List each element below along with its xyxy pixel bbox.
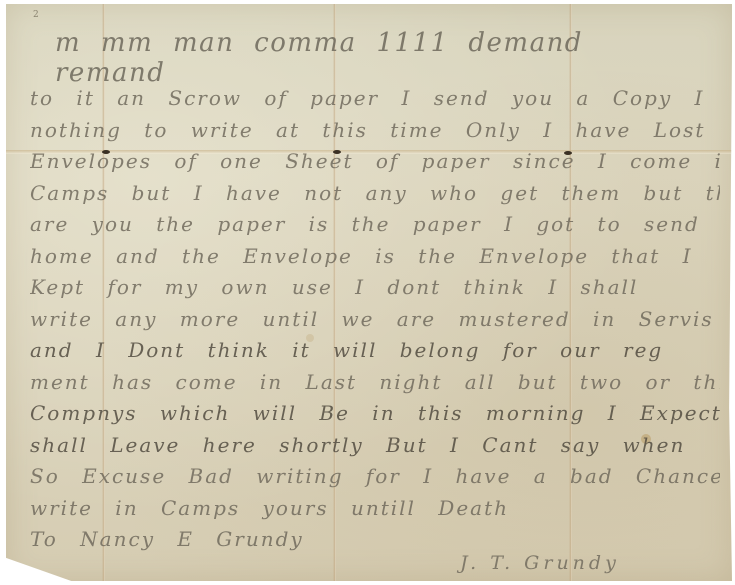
letter-line: nothing to write at this time Only I hav… <box>30 118 720 150</box>
letter-line: ment has come in Last night all but two … <box>30 370 720 402</box>
letterhead-penmanship-line: m mm man comma 1111 demand remand <box>55 28 695 88</box>
page-number-mark: 2 <box>33 10 39 20</box>
letter-line: Kept for my own use I dont think I shall <box>30 275 720 307</box>
letter-line: Envelopes of one Sheet of paper since I … <box>30 149 720 181</box>
letter-line: home and the Envelope is the Envelope th… <box>30 244 720 276</box>
letter-line: write in Camps yours untill Death <box>30 496 720 528</box>
letter-line: So Excuse Bad writing for I have a bad C… <box>30 464 720 496</box>
letter-line: Compnys which will Be in this morning I … <box>30 401 720 433</box>
letter-line: to it an Scrow of paper I send you a Cop… <box>30 86 720 118</box>
letter-line: write any more until we are mustered in … <box>30 307 720 339</box>
letter-line: shall Leave here shortly But I Cant say … <box>30 433 720 465</box>
letter-line: and I Dont think it will belong for our … <box>30 338 720 370</box>
letter-body: to it an Scrow of paper I send you a Cop… <box>30 86 720 559</box>
signature: J. T. Grundy <box>460 552 620 574</box>
letter-line: are you the paper is the paper I got to … <box>30 212 720 244</box>
letter-line: Camps but I have not any who get them bu… <box>30 181 720 213</box>
